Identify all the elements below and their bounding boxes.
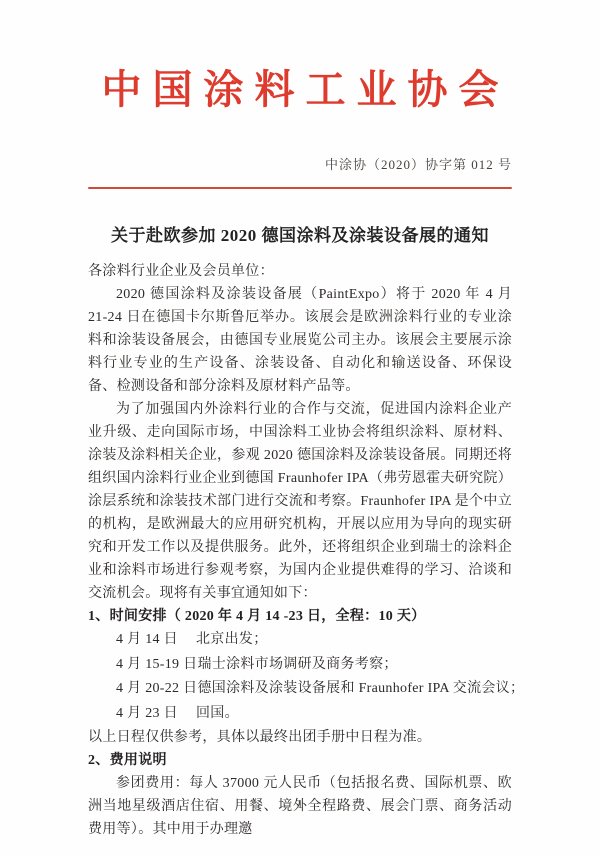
schedule-item: 4 月 20-22 日 德国涂料及涂装设备展和 Fraunhofer IPA 交… [116,677,512,702]
paragraph-trip-purpose: 为了加强国内外涂料行业的合作与交流，促进国内涂料企业产业升级、走向国际市场，中国… [88,398,512,605]
letterhead: 中国涂料工业协会 中涂协（2020）协字第 012 号 [88,66,512,189]
schedule-activity: 北京出发； [196,628,268,653]
salutation: 各涂料行业企业及会员单位： [88,260,512,283]
schedule-date: 4 月 23 日 [116,702,196,727]
schedule-activity: 瑞士涂料市场调研及商务考察； [197,653,397,678]
schedule-item: 4 月 15-19 日 瑞士涂料市场调研及商务考察； [116,653,512,678]
letterhead-divider [88,187,512,189]
schedule-list: 4 月 14 日 北京出发； 4 月 15-19 日 瑞士涂料市场调研及商务考察… [88,628,512,726]
schedule-activity: 回国。 [196,702,239,727]
schedule-date: 4 月 14 日 [116,628,196,653]
section-2-heading: 2、费用说明 [88,749,512,772]
page-number: 1 [0,797,600,812]
paragraph-exhibition-intro: 2020 德国涂料及涂装设备展（PaintExpo）将于 2020 年 4 月 … [88,283,512,398]
schedule-item: 4 月 23 日 回国。 [116,702,512,727]
notice-title: 关于赴欧参加 2020 德国涂料及涂装设备展的通知 [88,221,512,246]
schedule-item: 4 月 14 日 北京出发； [116,628,512,653]
schedule-date: 4 月 15-19 日 [116,653,197,678]
schedule-note: 以上日程仅供参考，具体以最终出团手册中日程为准。 [88,726,512,749]
document-page: 中国涂料工业协会 中涂协（2020）协字第 012 号 关于赴欧参加 2020 … [0,0,600,856]
document-body: 各涂料行业企业及会员单位： 2020 德国涂料及涂装设备展（PaintExpo）… [88,260,512,841]
schedule-activity: 德国涂料及涂装设备展和 Fraunhofer IPA 交流会议； [197,677,524,702]
organization-name: 中国涂料工业协会 [88,66,512,114]
document-number: 中涂协（2020）协字第 012 号 [88,154,512,173]
section-1-heading: 1、时间安排（ 2020 年 4 月 14 -23 日，全程：10 天） [88,605,512,628]
schedule-date: 4 月 20-22 日 [116,677,197,702]
